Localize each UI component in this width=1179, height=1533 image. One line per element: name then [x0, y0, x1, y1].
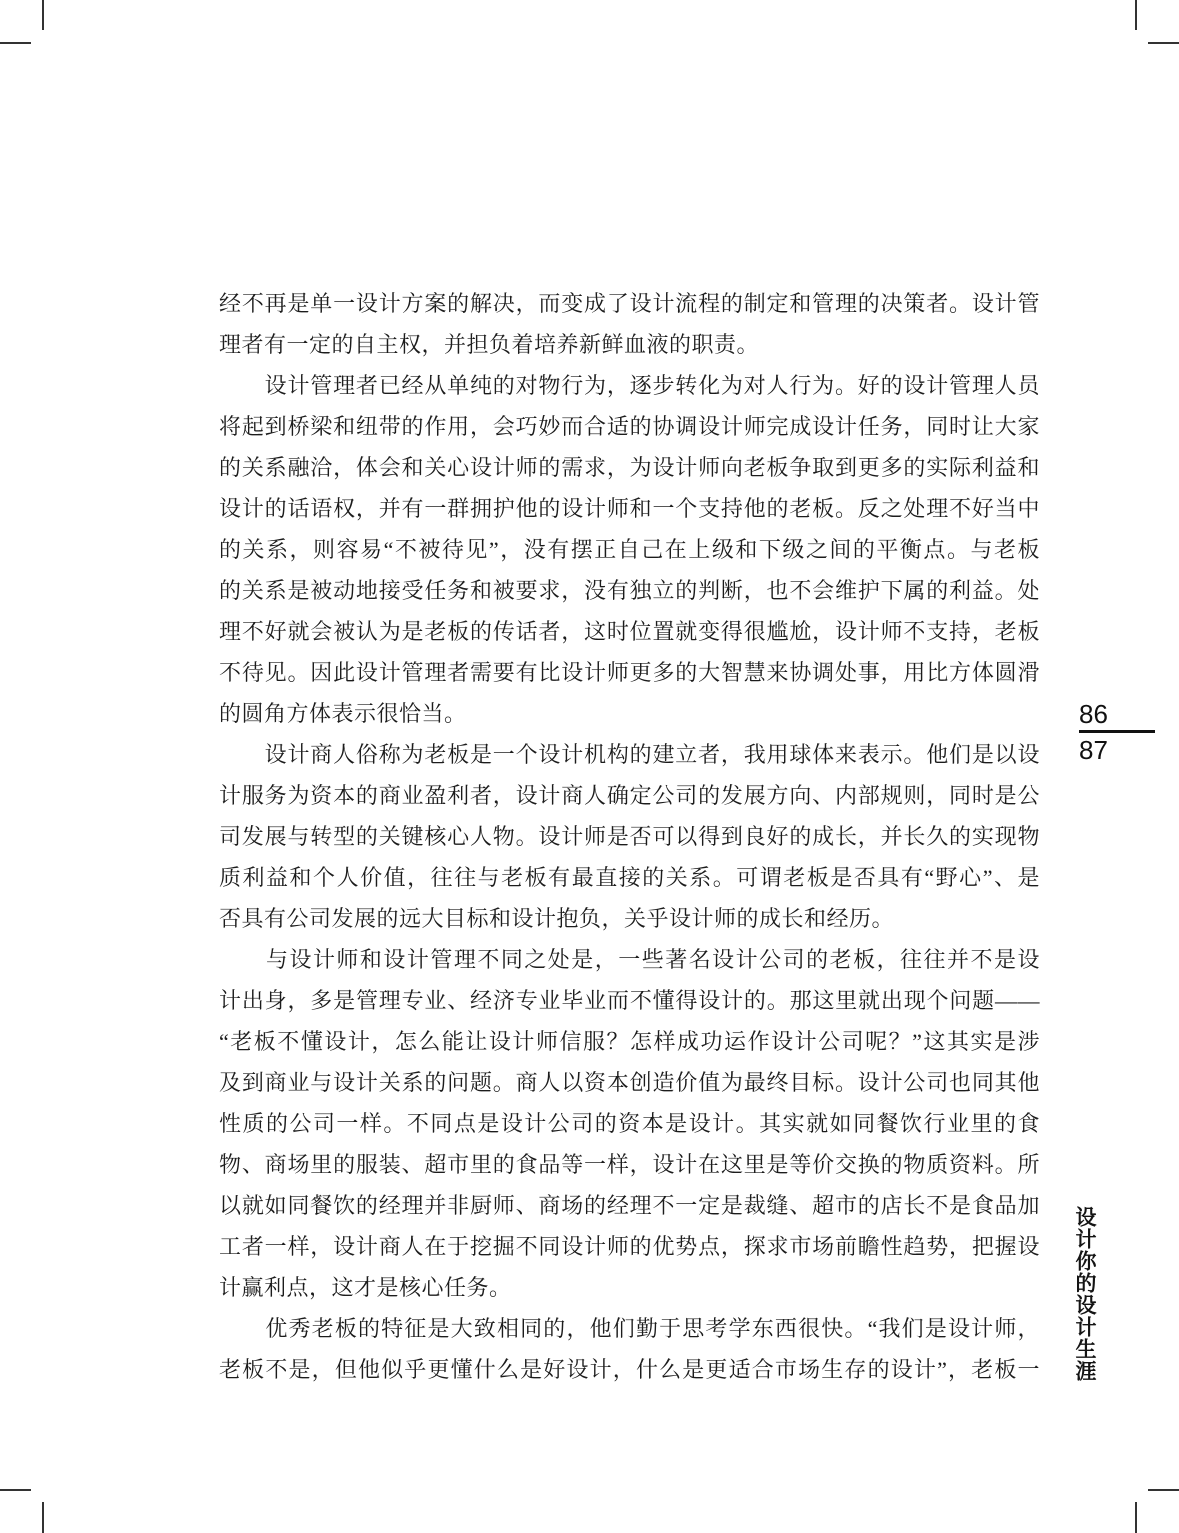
text-line: 优秀老板的特征是大致相同的，他们勤于思考学东西很快。“我们是设计师， — [219, 1308, 1040, 1349]
page-number-bottom: 87 — [1079, 737, 1157, 764]
page-number-block: 86 87 — [1079, 701, 1157, 764]
text-line: 不待见。因此设计管理者需要有比设计师更多的大智慧来协调处事，用比方体圆滑 — [219, 652, 1040, 693]
text-line: 经不再是单一设计方案的解决，而变成了设计流程的制定和管理的决策者。设计管 — [219, 283, 1040, 324]
text-line: 与设计师和设计管理不同之处是，一些著名设计公司的老板，往往并不是设 — [219, 939, 1040, 980]
body-text-block: 经不再是单一设计方案的解决，而变成了设计流程的制定和管理的决策者。设计管理者有一… — [219, 283, 1040, 1390]
page-number-divider — [1079, 730, 1155, 733]
text-line: 的关系是被动地接受任务和被要求，没有独立的判断，也不会维护下属的利益。处 — [219, 570, 1040, 611]
text-line: 的关系，则容易“不被待见”，没有摆正自己在上级和下级之间的平衡点。与老板 — [219, 529, 1040, 570]
text-line: 设计商人俗称为老板是一个设计机构的建立者，我用球体来表示。他们是以设 — [219, 734, 1040, 775]
text-line: 计赢利点，这才是核心任务。 — [219, 1267, 1040, 1308]
crop-mark-top-left-vertical — [42, 0, 44, 30]
text-line: 理不好就会被认为是老板的传话者，这时位置就变得很尴尬，设计师不支持，老板 — [219, 611, 1040, 652]
text-line: 老板不是，但他似乎更懂什么是好设计，什么是更适合市场生存的设计”，老板一 — [219, 1349, 1040, 1390]
text-line: “老板不懂设计，怎么能让设计师信服？怎样成功运作设计公司呢？”这其实是涉 — [219, 1021, 1040, 1062]
text-line: 的关系融洽，体会和关心设计师的需求，为设计师向老板争取到更多的实际利益和 — [219, 447, 1040, 488]
crop-mark-top-right-horizontal — [1148, 42, 1179, 44]
crop-mark-top-left-horizontal — [0, 42, 31, 44]
text-line: 的圆角方体表示很恰当。 — [219, 693, 1040, 734]
book-page: 经不再是单一设计方案的解决，而变成了设计流程的制定和管理的决策者。设计管理者有一… — [0, 0, 1179, 1533]
text-line: 设计管理者已经从单纯的对物行为，逐步转化为对人行为。好的设计管理人员 — [219, 365, 1040, 406]
text-line: 计出身，多是管理专业、经济专业毕业而不懂得设计的。那这里就出现个问题—— — [219, 980, 1040, 1021]
text-line: 及到商业与设计关系的问题。商人以资本创造价值为最终目标。设计公司也同其他 — [219, 1062, 1040, 1103]
crop-mark-bottom-right-vertical — [1135, 1502, 1137, 1533]
crop-mark-bottom-right-horizontal — [1148, 1489, 1179, 1491]
crop-mark-top-right-vertical — [1135, 0, 1137, 30]
text-line: 质利益和个人价值，往往与老板有最直接的关系。可谓老板是否具有“野心”、是 — [219, 857, 1040, 898]
text-line: 理者有一定的自主权，并担负着培养新鲜血液的职责。 — [219, 324, 1040, 365]
text-line: 设计的话语权，并有一群拥护他的设计师和一个支持他的老板。反之处理不好当中 — [219, 488, 1040, 529]
text-line: 工者一样，设计商人在于挖掘不同设计师的优势点，探求市场前瞻性趋势，把握设 — [219, 1226, 1040, 1267]
text-line: 物、商场里的服装、超市里的食品等一样，设计在这里是等价交换的物质资料。所 — [219, 1144, 1040, 1185]
crop-mark-bottom-left-vertical — [42, 1502, 44, 1533]
text-line: 性质的公司一样。不同点是设计公司的资本是设计。其实就如同餐饮行业里的食 — [219, 1103, 1040, 1144]
text-line: 计服务为资本的商业盈利者，设计商人确定公司的发展方向、内部规则，同时是公 — [219, 775, 1040, 816]
text-line: 以就如同餐饮的经理并非厨师、商场的经理不一定是裁缝、超市的店长不是食品加 — [219, 1185, 1040, 1226]
text-line: 将起到桥梁和纽带的作用，会巧妙而合适的协调设计师完成设计任务，同时让大家 — [219, 406, 1040, 447]
book-side-title: 设计你的设计生涯 — [1070, 1206, 1100, 1382]
crop-mark-bottom-left-horizontal — [0, 1489, 31, 1491]
text-line: 司发展与转型的关键核心人物。设计师是否可以得到良好的成长，并长久的实现物 — [219, 816, 1040, 857]
page-number-top: 86 — [1079, 701, 1157, 728]
text-line: 否具有公司发展的远大目标和设计抱负，关乎设计师的成长和经历。 — [219, 898, 1040, 939]
